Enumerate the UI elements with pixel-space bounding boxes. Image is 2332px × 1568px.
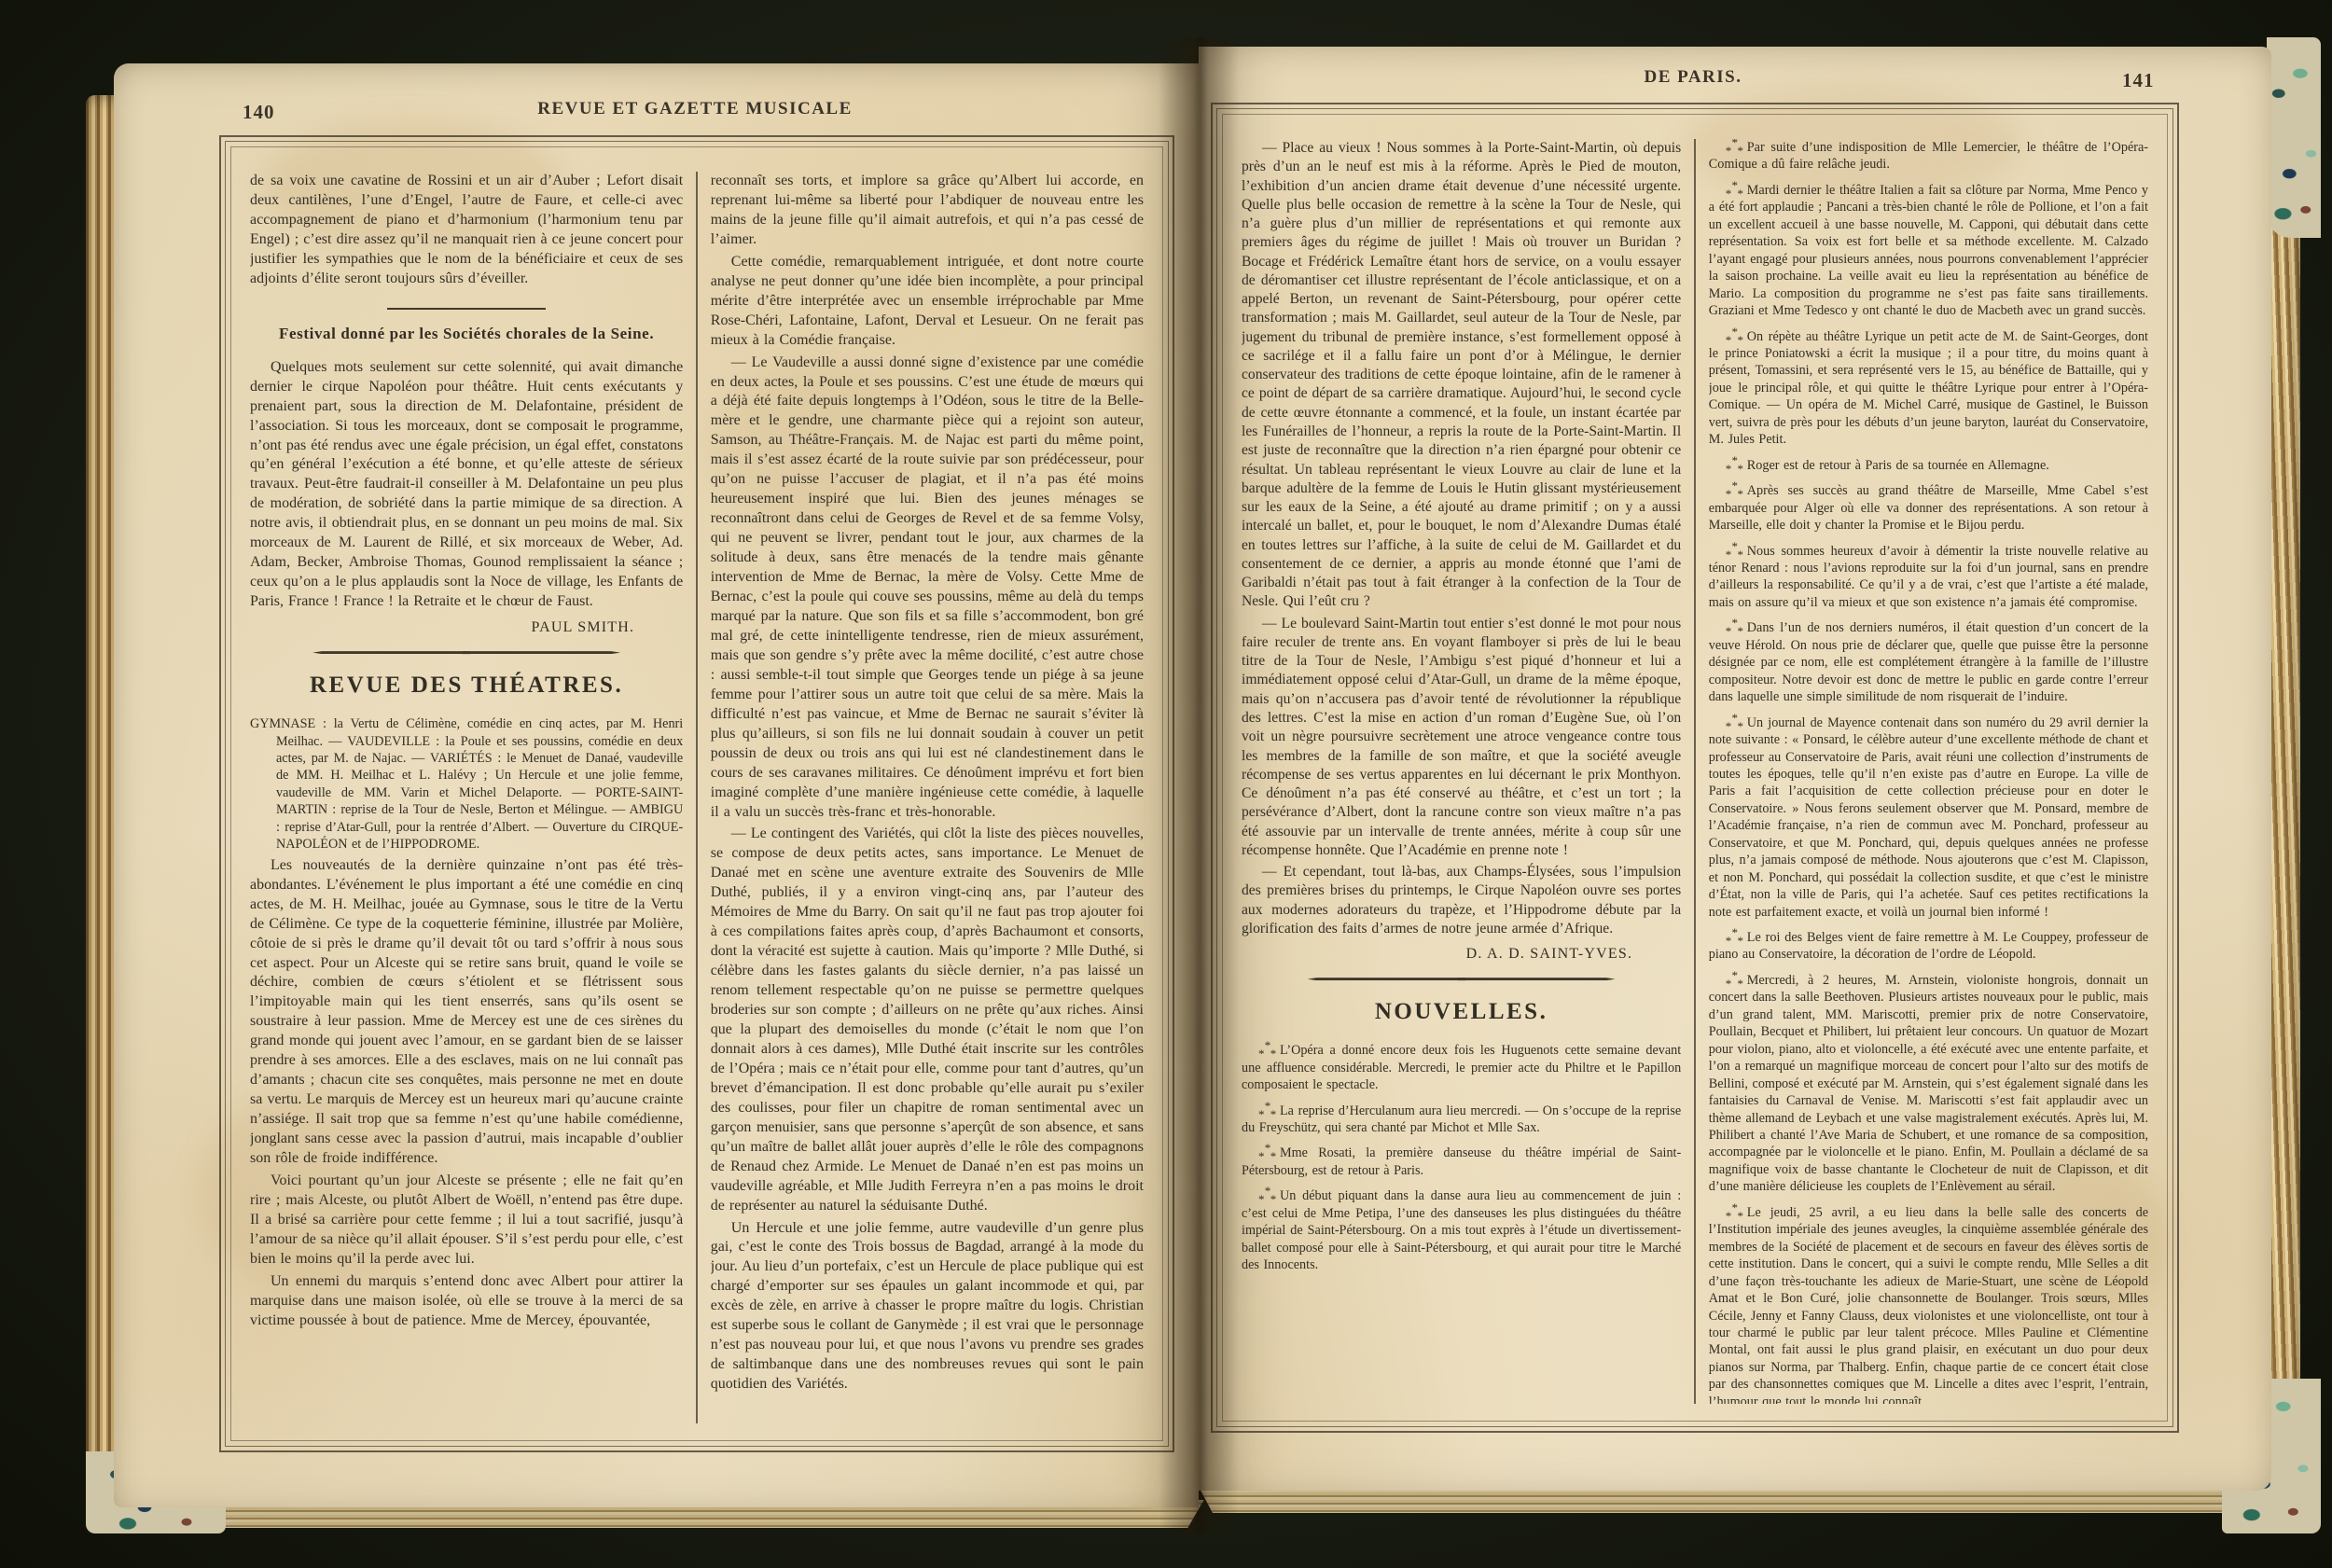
column-rule	[696, 172, 698, 1423]
section-heading: REVUE DES THÉATRES.	[250, 673, 683, 699]
column-1: — Place au vieux ! Nous sommes à la Port…	[1242, 139, 1681, 1404]
news-text: La reprise d’Herculanum aura lieu mercre…	[1242, 1103, 1681, 1135]
news-text: Mme Rosati, la première danseuse du théâ…	[1242, 1145, 1681, 1177]
paragraph: Les nouveautés de la dernière quinzaine …	[250, 856, 683, 1169]
news-item: Après ses succès au grand théâtre de Mar…	[1709, 482, 2148, 534]
page-number: 141	[2122, 69, 2155, 92]
open-book: 140 REVUE ET GAZETTE MUSICALE de sa voix…	[86, 37, 2321, 1533]
marbled-cover-top-right	[2267, 37, 2321, 238]
running-title: DE PARIS.	[1211, 67, 2175, 88]
asterism-icon	[1726, 328, 1744, 342]
section-heading: NOUVELLES.	[1242, 999, 1681, 1025]
paragraph: Un Hercule et une jolie femme, autre vau…	[711, 1219, 1144, 1395]
section-divider-rule	[387, 308, 546, 310]
page-141: DE PARIS. 141 — Place au vieux ! Nous so…	[1199, 47, 2271, 1491]
asterism-icon	[1258, 1103, 1277, 1117]
ornamental-rule	[1308, 978, 1616, 980]
news-text: Après ses succès au grand théâtre de Mar…	[1709, 483, 2148, 533]
asterism-icon	[1726, 1204, 1744, 1218]
paragraph: Un ennemi du marquis s’entend donc avec …	[250, 1272, 683, 1331]
news-text: Par suite d’une indisposition de Mlle Le…	[1709, 140, 2148, 172]
news-text: On répète au théâtre Lyrique un petit ac…	[1709, 329, 2148, 448]
column-2: Par suite d’une indisposition de Mlle Le…	[1709, 139, 2148, 1404]
news-item: Nous sommes heureux d’avoir à démentir l…	[1709, 543, 2148, 612]
asterism-icon	[1726, 482, 1744, 496]
news-text: Un début piquant dans la danse aura lieu…	[1242, 1188, 1681, 1272]
news-item: Un journal de Mayence contenait dans son…	[1709, 715, 2148, 921]
news-text: Roger est de retour à Paris de sa tourné…	[1747, 458, 2049, 473]
asterism-icon	[1726, 619, 1744, 633]
text-frame: — Place au vieux ! Nous sommes à la Port…	[1211, 103, 2179, 1433]
column-1: de sa voix une cavatine de Rossini et un…	[250, 172, 683, 1423]
news-item: La reprise d’Herculanum aura lieu mercre…	[1242, 1103, 1681, 1137]
news-text: L’Opéra a donné encore deux fois les Hug…	[1242, 1043, 1681, 1092]
asterism-icon	[1726, 543, 1744, 557]
paragraph: Quelques mots seulement sur cette solenn…	[250, 358, 683, 612]
asterism-icon	[1726, 972, 1744, 986]
news-item: Par suite d’une indisposition de Mlle Le…	[1709, 139, 2148, 173]
asterism-icon	[1726, 715, 1744, 728]
paragraph: — Et cependant, tout là-bas, aux Champs-…	[1242, 863, 1681, 938]
page-140: 140 REVUE ET GAZETTE MUSICALE de sa voix…	[114, 63, 1199, 1507]
paragraph: — Place au vieux ! Nous sommes à la Port…	[1242, 139, 1681, 612]
asterism-icon	[1258, 1145, 1277, 1159]
news-text: Mercredi, à 2 heures, M. Arnstein, violo…	[1709, 973, 2148, 1194]
program-summary: GYMNASE : la Vertu de Célimène, comédie …	[250, 715, 683, 853]
asterism-icon	[1258, 1042, 1277, 1056]
news-item: Mme Rosati, la première danseuse du théâ…	[1242, 1145, 1681, 1179]
paragraph: Cette comédie, remarquablement intriguée…	[711, 253, 1144, 351]
news-item: Mardi dernier le théâtre Italien a fait …	[1709, 182, 2148, 320]
paragraph: reconnaît ses torts, et implore sa grâce…	[711, 172, 1144, 250]
paragraph: — Le Vaudeville a aussi donné signe d’ex…	[711, 354, 1144, 823]
paragraph: — Le contingent des Variétés, qui clôt l…	[711, 825, 1144, 1215]
signature: PAUL SMITH.	[250, 619, 683, 636]
paragraph: de sa voix une cavatine de Rossini et un…	[250, 172, 683, 289]
column-2: reconnaît ses torts, et implore sa grâce…	[711, 172, 1144, 1423]
news-item: Le jeudi, 25 avril, a eu lieu dans la be…	[1709, 1204, 2148, 1404]
ornamental-rule	[312, 651, 620, 654]
column-rule	[1694, 139, 1696, 1404]
asterism-icon	[1726, 182, 1744, 196]
news-item: Roger est de retour à Paris de sa tourné…	[1709, 457, 2148, 474]
news-item: L’Opéra a donné encore deux fois les Hug…	[1242, 1042, 1681, 1093]
news-text: Mardi dernier le théâtre Italien a fait …	[1709, 183, 2148, 318]
news-text: Dans l’un de nos derniers numéros, il ét…	[1709, 620, 2148, 704]
news-item: Le roi des Belges vient de faire remettr…	[1709, 929, 2148, 964]
asterism-icon	[1726, 457, 1744, 471]
text-frame: de sa voix une cavatine de Rossini et un…	[219, 135, 1174, 1452]
news-item: Dans l’un de nos derniers numéros, il ét…	[1709, 619, 2148, 705]
asterism-icon	[1726, 139, 1744, 153]
news-item: On répète au théâtre Lyrique un petit ac…	[1709, 328, 2148, 449]
news-text: Le jeudi, 25 avril, a eu lieu dans la be…	[1709, 1205, 2148, 1404]
asterism-icon	[1258, 1187, 1277, 1201]
news-item: Un début piquant dans la danse aura lieu…	[1242, 1187, 1681, 1273]
paragraph: — Le boulevard Saint-Martin tout entier …	[1242, 615, 1681, 860]
asterism-icon	[1726, 929, 1744, 943]
news-item: Mercredi, à 2 heures, M. Arnstein, violo…	[1709, 972, 2148, 1196]
paragraph: Voici pourtant qu’un jour Alceste se pré…	[250, 1172, 683, 1270]
book-scan: 140 REVUE ET GAZETTE MUSICALE de sa voix…	[0, 0, 2332, 1568]
article-heading: Festival donné par les Sociétés chorales…	[250, 325, 683, 343]
running-title: REVUE ET GAZETTE MUSICALE	[219, 99, 1171, 119]
news-text: Un journal de Mayence contenait dans son…	[1709, 715, 2148, 920]
news-text: Nous sommes heureux d’avoir à démentir l…	[1709, 544, 2148, 610]
signature: D. A. D. SAINT-YVES.	[1242, 946, 1681, 963]
news-text: Le roi des Belges vient de faire remettr…	[1709, 930, 2148, 962]
